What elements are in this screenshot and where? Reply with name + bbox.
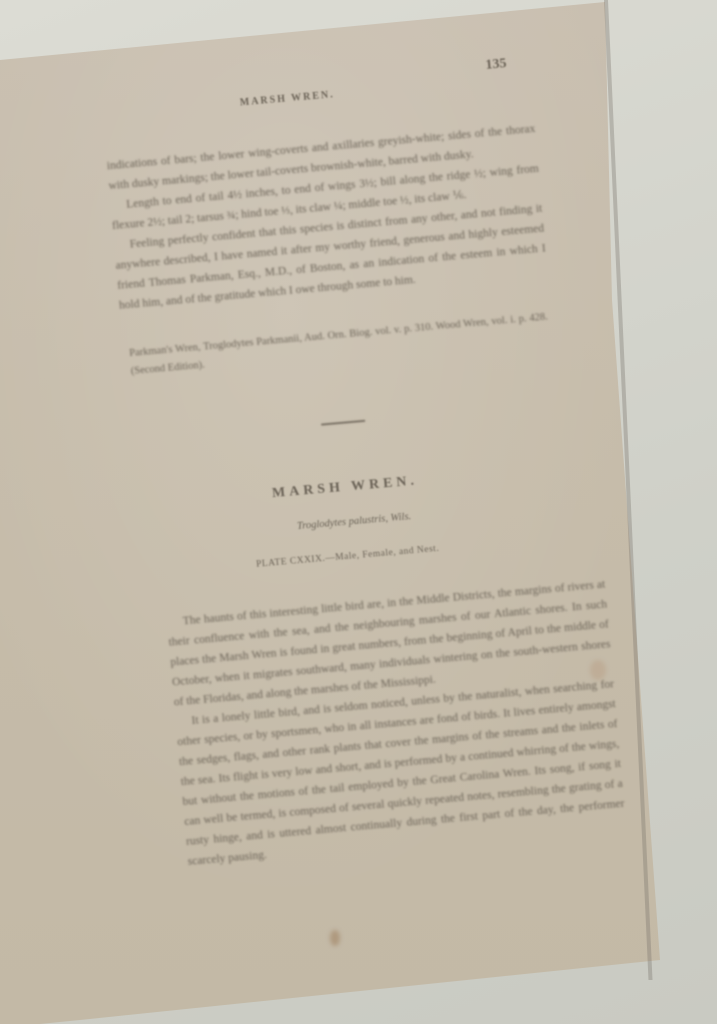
plate-caption: PLATE CXXIX.—Male, Female, and Nest. [256,544,440,570]
page-number: 135 [485,56,507,74]
running-head: MARSH WREN. [239,89,335,108]
paper-stain [590,660,606,680]
citation: Parkman's Wren, Troglodytes Parkmanii, A… [129,309,551,381]
top-section-text: indications of bars; the lower wing-cove… [106,119,548,316]
latin-name: Troglodytes palustris, Wils. [297,511,412,532]
section-title: MARSH WREN. [271,473,418,502]
section-divider [321,420,365,426]
paper-stain [330,930,340,946]
page-content: MARSH WREN. 135 indications of bars; the… [0,0,717,1020]
section-body: The haunts of this interesting little bi… [166,575,627,872]
